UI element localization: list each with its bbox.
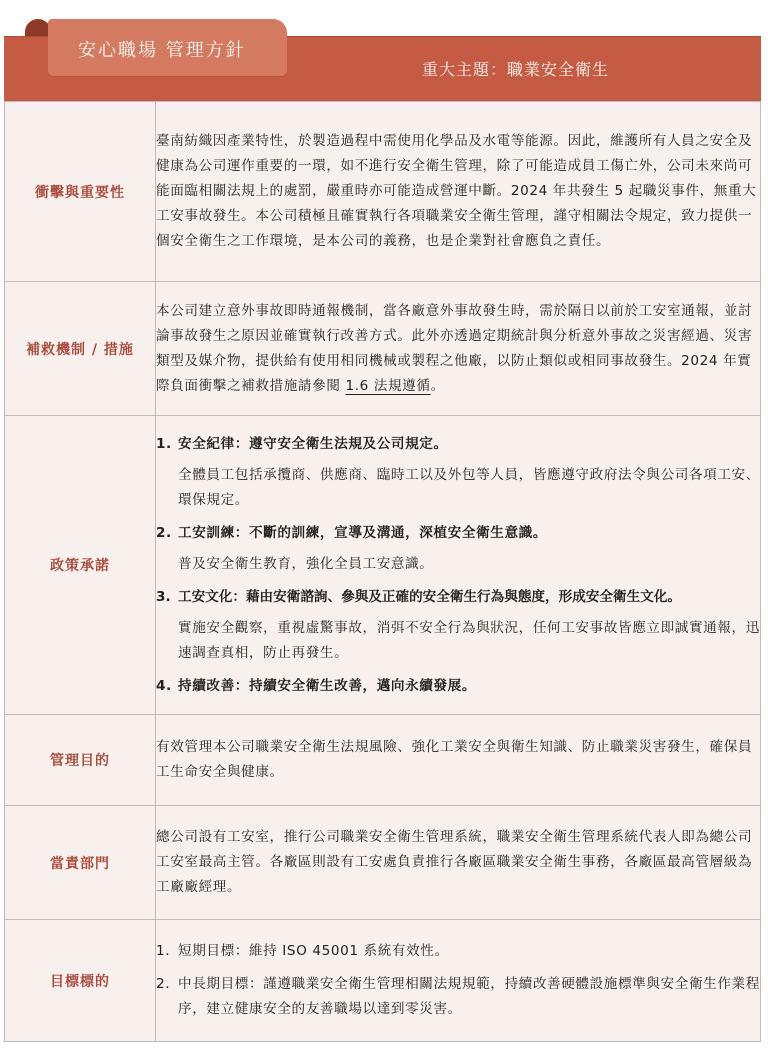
row-label-management-purpose: 管理目的 (5, 715, 156, 806)
item-number: 2. (156, 972, 178, 1022)
table-row: 衝擊與重要性 臺南紡織因產業特性，於製造過程中需使用化學品及水電等能源。因此，維… (5, 102, 761, 282)
remediation-text-end: 。 (431, 378, 445, 394)
item-number: 1. (156, 432, 178, 457)
commitment-list: 1.安全紀律：遵守安全衛生法規及公司規定。 全體員工包括承攬商、供應商、臨時工以… (156, 432, 760, 699)
row-label-impact: 衝擊與重要性 (5, 102, 156, 282)
row-label-remediation: 補救機制 / 措施 (5, 282, 156, 416)
list-item: 4.持續改善：持續安全衛生改善，邁向永續發展。 (156, 674, 760, 699)
row-content-impact: 臺南紡織因產業特性，於製造過程中需使用化學品及水電等能源。因此，維護所有人員之安… (156, 102, 761, 282)
table-row: 目標標的 1.短期目標：維持 ISO 45001 系統有效性。 2.中長期目標：… (5, 920, 761, 1042)
list-item: 2.中長期目標：謹遵職業安全衛生管理相關法規規範，持續改善硬體設施標準與安全衛生… (156, 972, 760, 1022)
list-item: 1.短期目標：維持 ISO 45001 系統有效性。 (156, 939, 760, 964)
table-row: 當責部門 總公司設有工安室，推行公司職業安全衛生管理系統，職業安全衛生管理系統代… (5, 806, 761, 920)
row-content-management-purpose: 有效管理本公司職業安全衛生法規風險、強化工業安全與衛生知識、防止職業災害發生，確… (156, 715, 761, 806)
item-description: 普及安全衛生教育，強化全員工安意識。 (156, 552, 760, 577)
row-label-responsible-unit: 當責部門 (5, 806, 156, 920)
item-description: 實施安全觀察，重視虛驚事故，消弭不安全行為與狀況，任何工安事故皆應立即誠實通報，… (156, 616, 760, 666)
item-description: 全體員工包括承攬商、供應商、臨時工以及外包等人員，皆應遵守政府法令與公司各項工安… (156, 463, 760, 513)
item-heading: 工安訓練：不斷的訓練，宣導及溝通，深植安全衛生意識。 (178, 521, 547, 546)
list-item: 1.安全紀律：遵守安全衛生法規及公司規定。 全體員工包括承攬商、供應商、臨時工以… (156, 432, 760, 513)
item-heading: 持續改善：持續安全衛生改善，邁向永續發展。 (178, 674, 476, 699)
material-topic-title: 重大主題：職業安全衛生 (422, 57, 609, 80)
table-row: 政策承諾 1.安全紀律：遵守安全衛生法規及公司規定。 全體員工包括承攬商、供應商… (5, 416, 761, 715)
remediation-text: 本公司建立意外事故即時通報機制，當各廠意外事故發生時，需於隔日以前於工安室通報，… (156, 303, 752, 394)
policy-table: 衝擊與重要性 臺南紡織因產業特性，於製造過程中需使用化學品及水電等能源。因此，維… (4, 101, 761, 1042)
targets-list: 1.短期目標：維持 ISO 45001 系統有效性。 2.中長期目標：謹遵職業安… (156, 939, 760, 1022)
target-text: 短期目標：維持 ISO 45001 系統有效性。 (178, 939, 760, 964)
item-number: 3. (156, 585, 178, 610)
list-item: 3.工安文化：藉由安衛諮詢、參與及正確的安全衛生行為與態度，形成安全衛生文化。 … (156, 585, 760, 666)
item-heading: 工安文化：藉由安衛諮詢、參與及正確的安全衛生行為與態度，形成安全衛生文化。 (178, 585, 681, 610)
table-row: 補救機制 / 措施 本公司建立意外事故即時通報機制，當各廠意外事故發生時，需於隔… (5, 282, 761, 416)
list-item: 2.工安訓練：不斷的訓練，宣導及溝通，深植安全衛生意識。 普及安全衛生教育，強化… (156, 521, 760, 577)
row-content-targets: 1.短期目標：維持 ISO 45001 系統有效性。 2.中長期目標：謹遵職業安… (156, 920, 761, 1042)
row-label-policy-commitment: 政策承諾 (5, 416, 156, 715)
section-tab: 安心職場 管理方針 (48, 19, 287, 76)
row-content-policy-commitment: 1.安全紀律：遵守安全衛生法規及公司規定。 全體員工包括承攬商、供應商、臨時工以… (156, 416, 761, 715)
target-text: 中長期目標：謹遵職業安全衛生管理相關法規規範，持續改善硬體設施標準與安全衛生作業… (178, 972, 760, 1022)
row-label-targets: 目標標的 (5, 920, 156, 1042)
item-heading: 安全紀律：遵守安全衛生法規及公司規定。 (178, 432, 448, 457)
table-row: 管理目的 有效管理本公司職業安全衛生法規風險、強化工業安全與衛生知識、防止職業災… (5, 715, 761, 806)
section-title: 安心職場 管理方針 (78, 36, 246, 62)
item-number: 1. (156, 939, 178, 964)
regulatory-compliance-link[interactable]: 1.6 法規遵循 (345, 378, 430, 394)
row-content-remediation: 本公司建立意外事故即時通報機制，當各廠意外事故發生時，需於隔日以前於工安室通報，… (156, 282, 761, 416)
policy-frame: 重大主題：職業安全衛生 衝擊與重要性 臺南紡織因產業特性，於製造過程中需使用化學… (4, 36, 761, 1042)
row-content-responsible-unit: 總公司設有工安室，推行公司職業安全衛生管理系統，職業安全衛生管理系統代表人即為總… (156, 806, 761, 920)
item-number: 4. (156, 674, 178, 699)
item-number: 2. (156, 521, 178, 546)
